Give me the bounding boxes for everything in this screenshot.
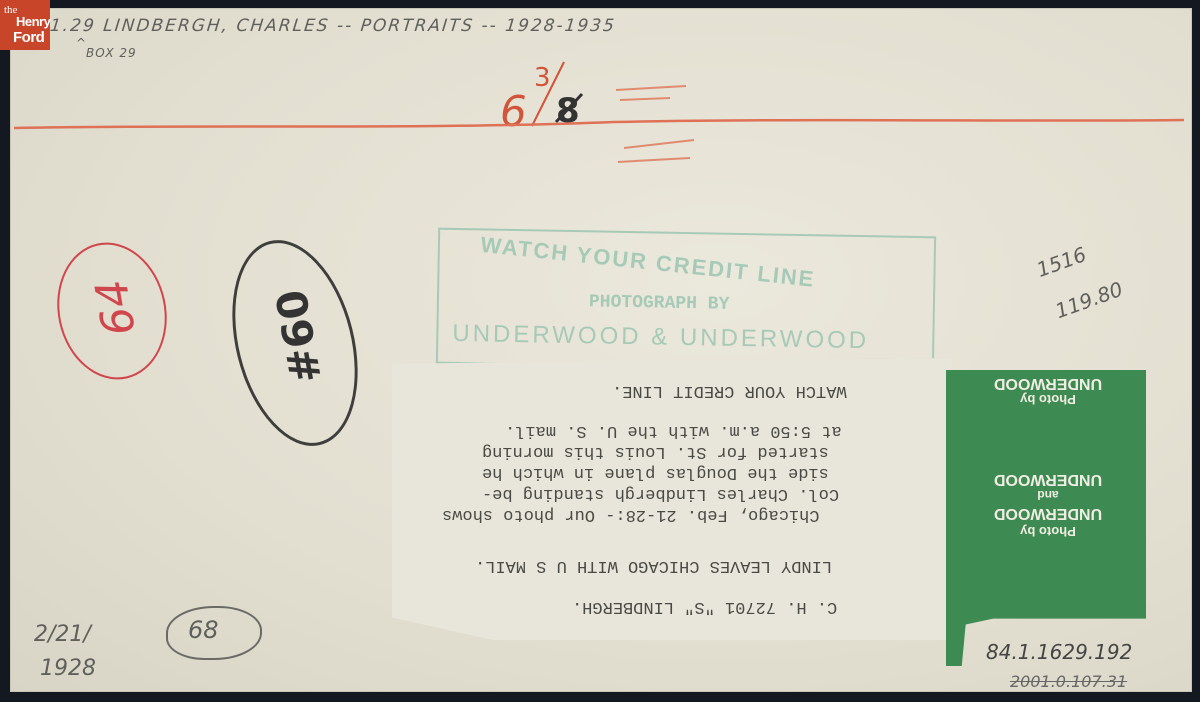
red-dash-marks [610, 78, 700, 178]
old-accession-number: 2001.0.107.31 [1010, 672, 1127, 691]
handwritten-date-line-2: 1928 [40, 656, 96, 681]
label-text-photo-by-top: Photo by [950, 392, 1146, 407]
caption-line-4: Col. Charles Lindbergh standing be- [482, 483, 839, 504]
handwritten-box-number: BOX 29 [86, 46, 137, 60]
caption-line-7: at 5:50 a.m. with the U. S. mail. [505, 420, 842, 441]
label-text-underwood-2: UNDERWOOD [950, 504, 1146, 522]
caption-line-8: WATCH YOUR CREDIT LINE. [612, 380, 847, 401]
label-text-underwood-top: UNDERWOOD [950, 374, 1146, 392]
label-text-photo-by: Photo by [950, 524, 1146, 539]
label-text-underwood-1: UNDERWOOD [950, 470, 1146, 488]
red-crayon-underline [14, 116, 1184, 132]
green-label-edge [946, 370, 950, 666]
handwritten-header: 1.29 LINDBERGH, CHARLES -- PORTRAITS -- … [49, 16, 617, 36]
caption-line-1: C. H. 72701 "S" LINDBERGH. [572, 596, 837, 617]
caption-line-5: side the Douglas plane in which he [482, 462, 829, 483]
stamp-line-2: PHOTOGRAPH BY [589, 292, 730, 314]
pencil-circle-text: 68 [188, 616, 219, 644]
caption-line-3: Chicago, Feb. 21-28:- Our photo shows [442, 504, 819, 525]
credit-line-stamp: WATCH YOUR CREDIT LINE PHOTOGRAPH BY UND… [436, 228, 936, 373]
henry-ford-logo[interactable]: the Henry Ford [0, 0, 50, 50]
handwritten-date-line-1: 2/21/ [34, 622, 91, 647]
caption-line-2: LINDY LEAVES CHICAGO WITH U S MAIL. [475, 555, 832, 576]
caption-line-6: started for St. Louis this morning [482, 441, 829, 462]
stamp-line-3: UNDERWOOD & UNDERWOOD [452, 320, 869, 355]
handwritten-caret: ^ [76, 36, 86, 50]
red-fraction-numerator: 3 [534, 63, 551, 93]
label-text-and: and [950, 488, 1146, 502]
accession-number: 84.1.1629.192 [986, 640, 1132, 664]
logo-henry: Henry [16, 14, 50, 29]
logo-ford: Ford [13, 29, 44, 46]
stamp-line-1: WATCH YOUR CREDIT LINE [479, 232, 816, 293]
red-circle-text: 64 [86, 275, 146, 339]
